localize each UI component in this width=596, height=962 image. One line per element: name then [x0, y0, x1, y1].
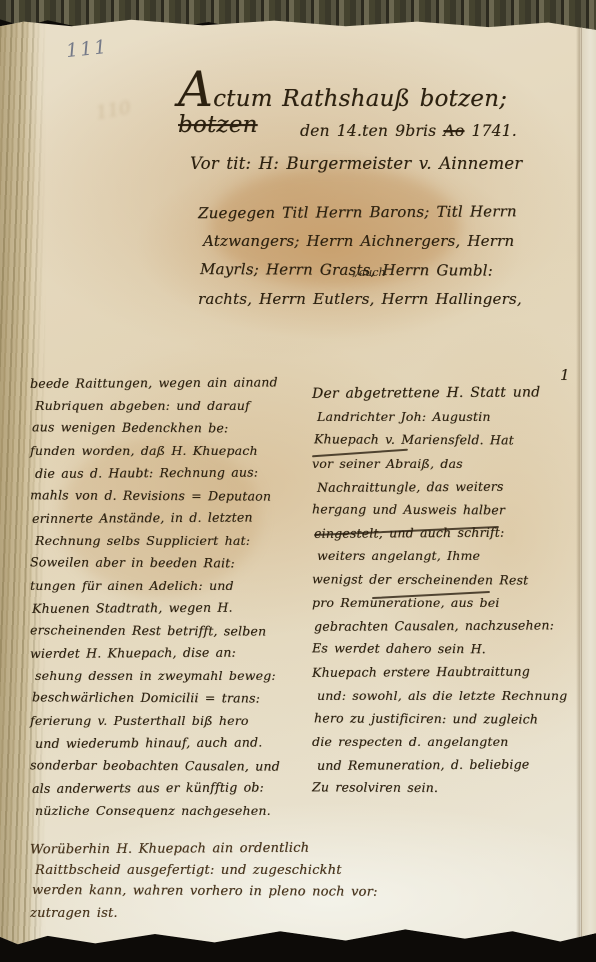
presiding-line: Vor tit: H: Burgermeister v. Ainnemer — [190, 154, 522, 173]
resolution-column: Der abgetrettene H. Statt undLandrichter… — [312, 382, 580, 800]
text-line: als anderwerts aus er künfftig ob: — [32, 776, 310, 800]
margin-summary-column: beede Raittungen, wegen ain ainandRubriq… — [30, 372, 310, 822]
text-line: gebrachten Causalen, nachzusehen: — [314, 613, 580, 638]
page-surface: 111 110 Actum Rathshauß botzen; botzen d… — [0, 16, 596, 948]
text-line: Rubriquen abgeben: und darauf — [35, 395, 310, 418]
text-line: Es werdet dahero sein H. — [312, 637, 580, 662]
heading-title-struck-word: botzen — [178, 112, 258, 138]
text-line: vor seiner Abraiß, das — [312, 452, 580, 475]
date-struck-word: Ao — [443, 122, 464, 140]
text-line: ferierung v. Pusterthall biß hero — [30, 710, 310, 733]
interlinear-insertion: auch — [352, 266, 386, 279]
text-line: funden worden, daß H. Khuepach — [30, 440, 310, 463]
bleedthrough-folio-number: 110 — [94, 97, 132, 124]
text-line: Der abgetrettene H. Statt und — [312, 381, 580, 406]
text-line: weiters angelangt, Ihme — [317, 544, 580, 567]
text-line: nüzliche Consequenz nachgesehen. — [35, 800, 310, 823]
text-line: mahls von d. Revisions = Deputaon — [30, 484, 310, 508]
next-page-sliver — [581, 16, 596, 948]
text-line: Khuepach v. Mariensfeld. Hat — [314, 428, 580, 453]
text-line: Mayrls; Herrn Grasts, Herrn Gumbl: — [200, 255, 578, 286]
text-line: zutragen ist. — [30, 903, 470, 925]
text-line: die aus d. Haubt: Rechnung aus: — [35, 461, 310, 485]
text-line: Khuepach erstere Haubtraittung — [312, 660, 580, 685]
date-prefix: den 14.ten 9bris — [300, 122, 436, 140]
folio-number: 111 — [65, 36, 109, 62]
text-line: erinnerte Anstände, in d. letzten — [32, 506, 310, 530]
heading-title-text: Actum Rathshauß botzen; — [178, 86, 507, 112]
text-line: beede Raittungen, wegen ain ainand — [30, 371, 310, 395]
text-line: und wiederumb hinauf, auch and. — [35, 731, 310, 755]
text-line: wenigst der erscheinenden Rest — [312, 567, 580, 592]
closing-paragraph: Worüberhin H. Khuepach ain ordentlichRai… — [30, 838, 470, 924]
date-suffix: 1741. — [472, 122, 517, 140]
text-line: Atzwangers; Herrn Aichnergers, Herrn — [203, 227, 578, 256]
text-line: werden kann, wahren vorhero in pleno noc… — [32, 880, 470, 904]
text-line: Rechnung selbs Suppliciert hat: — [35, 530, 310, 553]
text-line: Khuenen Stadtrath, wegen H. — [32, 596, 310, 620]
text-line: und Remuneration, d. beliebige — [317, 752, 580, 777]
text-line: Zu resolviren sein. — [312, 776, 580, 801]
text-line: sonderbar beobachten Causalen, und — [30, 754, 310, 778]
heading-date: den 14.ten 9bris Ao 1741. — [300, 122, 517, 140]
text-line: die respecten d. angelangten — [312, 730, 580, 753]
text-line: rachts, Herrn Eutlers, Herrn Hallingers, — [198, 285, 578, 314]
text-line: Landrichter Joh: Augustin — [317, 405, 580, 428]
text-line: Raittbscheid ausgefertigt: und zugeschic… — [35, 860, 470, 882]
text-line: Soweilen aber in beeden Rait: — [30, 551, 310, 575]
text-line: Worüberhin H. Khuepach ain ordentlich — [30, 837, 470, 861]
text-line: Zuegegen Titl Herrn Barons; Titl Herrn — [198, 197, 578, 228]
text-line: hergang und Ausweis halber — [312, 497, 580, 522]
text-line: aus wenigen Bedenckhen be: — [32, 416, 310, 440]
text-line: hero zu justificiren: und zugleich — [314, 706, 580, 731]
text-line: und: sowohl, als die letzte Rechnung — [317, 684, 580, 707]
text-line: beschwärlichen Domicilii = trans: — [32, 686, 310, 710]
attendee-list: Zuegegen Titl Herrn Barons; Titl HerrnAt… — [198, 198, 578, 314]
text-line: wierdet H. Khuepach, dise an: — [30, 641, 310, 665]
text-line: erscheinenden Rest betrifft, selben — [30, 619, 310, 643]
manuscript-scan: 111 110 Actum Rathshauß botzen; botzen d… — [0, 0, 596, 962]
text-line: Nachraittungle, das weiters — [317, 474, 580, 499]
text-line: sehung dessen in zweymahl beweg: — [35, 665, 310, 688]
text-line: tungen für ainen Adelich: und — [30, 575, 310, 598]
